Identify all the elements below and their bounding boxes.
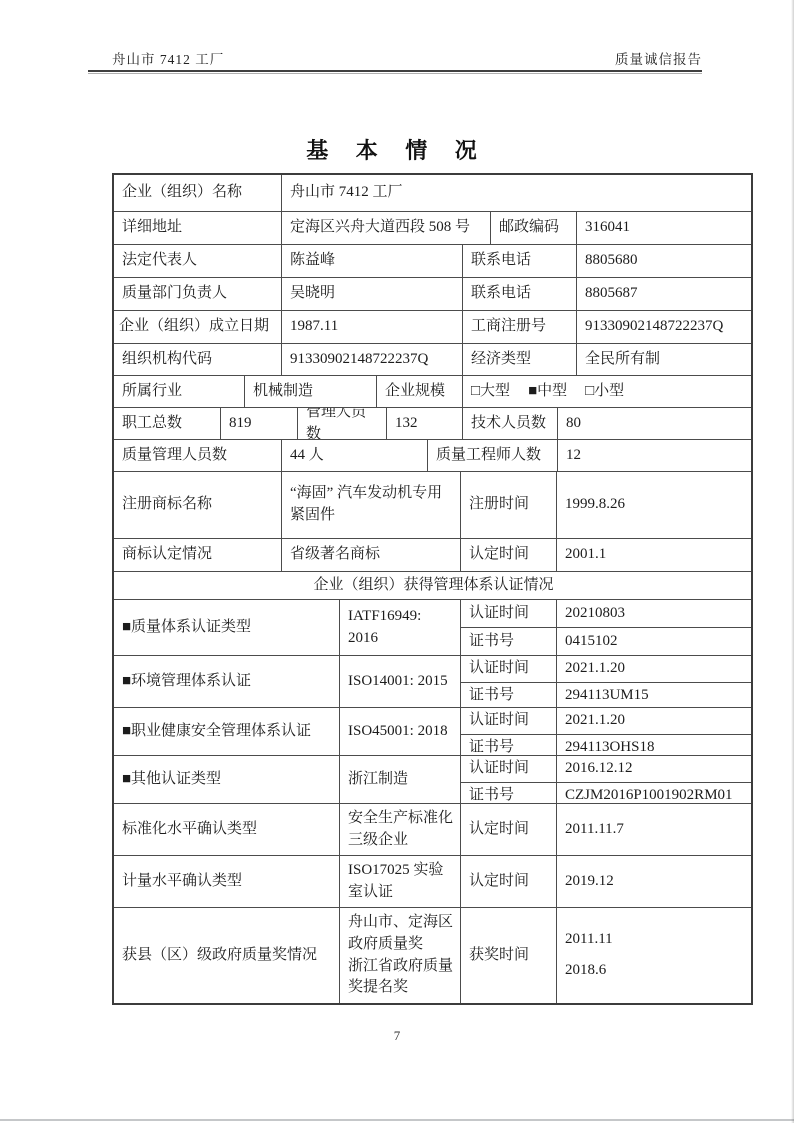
industry-value: 机械制造 xyxy=(244,376,376,407)
scale-option-medium-checkbox: ■中型 xyxy=(528,381,567,403)
standardization-label: 标准化水平确认类型 xyxy=(114,804,339,855)
confirm-time-value: 2011.11.7 xyxy=(556,804,751,855)
phone-label: 联系电话 xyxy=(462,245,576,277)
trademark-time-label: 注册时间 xyxy=(460,472,556,538)
table-row: 获县（区）级政府质量奖情况 舟山市、定海区政府质量奖 浙江省政府质量奖提名奖 获… xyxy=(114,907,751,1003)
table-row: 计量水平确认类型 ISO17025 实验室认证 认定时间 2019.12 xyxy=(114,855,751,907)
award-time-label: 获奖时间 xyxy=(460,908,556,1003)
table-row: ■环境管理体系认证 ISO14001: 2015 认证时间 2021.1.20 … xyxy=(114,655,751,707)
enterprise-name-value: 舟山市 7412 工厂 xyxy=(281,175,751,211)
cert-number-label: 证书号 xyxy=(460,628,556,655)
cert-time-value: 2021.1.20 xyxy=(556,708,751,734)
org-code-value: 91330902148722237Q xyxy=(281,344,462,375)
confirm-time-label: 认定时间 xyxy=(460,804,556,855)
other-cert-label: ■其他认证类型 xyxy=(114,756,339,803)
industry-label: 所属行业 xyxy=(114,376,244,407)
trademark-time-value: 1999.8.26 xyxy=(556,472,751,538)
quality-engineers-value: 12 xyxy=(557,440,751,471)
table-row: ■质量体系认证类型 IATF16949: 2016 认证时间 20210803 … xyxy=(114,599,751,655)
other-cert-value: 浙江制造 xyxy=(339,756,460,803)
registration-no-value: 91330902148722237Q xyxy=(576,311,751,343)
table-row: 职工总数 819 管理人员数 132 技术人员数 80 xyxy=(114,407,751,439)
gov-award-line2: 浙江省政府质量奖提名奖 xyxy=(348,956,454,1000)
founding-date-value: 1987.11 xyxy=(281,311,462,343)
postcode-label: 邮政编码 xyxy=(490,212,576,244)
header-rule xyxy=(88,70,702,74)
address-label: 详细地址 xyxy=(114,212,281,244)
managers-value: 132 xyxy=(386,408,462,439)
header-report-title: 质量诚信报告 xyxy=(615,48,702,68)
scan-edge-bottom xyxy=(0,1119,794,1121)
table-row: 组织机构代码 91330902148722237Q 经济类型 全民所有制 xyxy=(114,343,751,375)
table-row: 所属行业 机械制造 企业规模 □大型 ■中型 □小型 xyxy=(114,375,751,407)
table-row: 企业（组织）名称 舟山市 7412 工厂 xyxy=(114,175,751,211)
standardization-value: 安全生产标准化三级企业 xyxy=(339,804,460,855)
trademark-status-label: 商标认定情况 xyxy=(114,539,281,571)
ohs-cert-label: ■职业健康安全管理体系认证 xyxy=(114,708,339,755)
staff-total-value: 819 xyxy=(220,408,297,439)
env-cert-label: ■环境管理体系认证 xyxy=(114,656,339,707)
registration-no-label: 工商注册号 xyxy=(462,311,576,343)
quality-cert-value: IATF16949: 2016 xyxy=(339,600,460,655)
report-page: 舟山市 7412 工厂 质量诚信报告 基 本 情 况 企业（组织）名称 舟山市 … xyxy=(0,0,794,1123)
quality-head-label: 质量部门负责人 xyxy=(114,278,281,310)
metrology-label: 计量水平确认类型 xyxy=(114,856,339,907)
org-code-label: 组织机构代码 xyxy=(114,344,281,375)
trademark-value: “海固” 汽车发动机专用紧固件 xyxy=(281,472,460,538)
table-row: 质量管理人员数 44 人 质量工程师人数 12 xyxy=(114,439,751,471)
table-row: 商标认定情况 省级著名商标 认定时间 2001.1 xyxy=(114,538,751,571)
env-cert-details: 认证时间 2021.1.20 证书号 294113UM15 xyxy=(460,656,751,707)
ohs-cert-value: ISO45001: 2018 xyxy=(339,708,460,755)
scale-option-small-checkbox: □小型 xyxy=(585,381,624,403)
scale-label: 企业规模 xyxy=(376,376,462,407)
cert-time-label: 认证时间 xyxy=(460,656,556,682)
award-time-1: 2011.11 xyxy=(565,929,613,951)
metrology-value: ISO17025 实验室认证 xyxy=(339,856,460,907)
cert-time-label: 认证时间 xyxy=(460,708,556,734)
gov-award-label: 获县（区）级政府质量奖情况 xyxy=(114,908,339,1003)
award-time-2: 2018.6 xyxy=(565,960,606,982)
phone-value: 8805687 xyxy=(576,278,751,310)
confirm-time-value: 2019.12 xyxy=(556,856,751,907)
enterprise-name-label: 企业（组织）名称 xyxy=(114,175,281,211)
trademark-status-time-label: 认定时间 xyxy=(460,539,556,571)
table-row: ■职业健康安全管理体系认证 ISO45001: 2018 认证时间 2021.1… xyxy=(114,707,751,755)
staff-total-label: 职工总数 xyxy=(114,408,220,439)
gov-award-value: 舟山市、定海区政府质量奖 浙江省政府质量奖提名奖 xyxy=(339,908,460,1003)
quality-staff-value: 44 人 xyxy=(281,440,427,471)
economy-type-value: 全民所有制 xyxy=(576,344,751,375)
technicians-value: 80 xyxy=(557,408,751,439)
table-row: ■其他认证类型 浙江制造 认证时间 2016.12.12 证书号 CZJM201… xyxy=(114,755,751,803)
ohs-cert-details: 认证时间 2021.1.20 证书号 294113OHS18 xyxy=(460,708,751,755)
quality-staff-label: 质量管理人员数 xyxy=(114,440,281,471)
quality-cert-details: 认证时间 20210803 证书号 0415102 xyxy=(460,600,751,655)
trademark-status-value: 省级著名商标 xyxy=(281,539,460,571)
confirm-time-label: 认定时间 xyxy=(460,856,556,907)
quality-head-value: 吴晓明 xyxy=(281,278,462,310)
cert-time-value: 2021.1.20 xyxy=(556,656,751,682)
postcode-value: 316041 xyxy=(576,212,751,244)
legal-rep-value: 陈益峰 xyxy=(281,245,462,277)
cert-time-value: 2016.12.12 xyxy=(556,756,751,782)
trademark-label: 注册商标名称 xyxy=(114,472,281,538)
cert-time-label: 认证时间 xyxy=(460,756,556,782)
phone-value: 8805680 xyxy=(576,245,751,277)
table-row: 企业（组织）获得管理体系认证情况 xyxy=(114,571,751,599)
managers-label: 管理人员数 xyxy=(297,408,386,439)
trademark-status-time-value: 2001.1 xyxy=(556,539,751,571)
founding-date-label: 企业（组织）成立日期 xyxy=(114,311,281,343)
header-company-name: 舟山市 7412 工厂 xyxy=(112,48,224,68)
technicians-label: 技术人员数 xyxy=(462,408,557,439)
cert-number-label: 证书号 xyxy=(460,683,556,709)
cert-time-label: 认证时间 xyxy=(460,600,556,627)
quality-cert-label: ■质量体系认证类型 xyxy=(114,600,339,655)
table-row: 质量部门负责人 吴晓明 联系电话 8805687 xyxy=(114,277,751,310)
page-title: 基 本 情 况 xyxy=(0,134,794,165)
scale-options: □大型 ■中型 □小型 xyxy=(462,376,751,407)
table-row: 注册商标名称 “海固” 汽车发动机专用紧固件 注册时间 1999.8.26 xyxy=(114,471,751,538)
award-time-value: 2011.11 2018.6 xyxy=(556,908,751,1003)
gov-award-line1: 舟山市、定海区政府质量奖 xyxy=(348,912,454,956)
cert-number-value: 0415102 xyxy=(556,628,751,655)
scale-option-large-checkbox: □大型 xyxy=(471,381,510,403)
basic-info-table: 企业（组织）名称 舟山市 7412 工厂 详细地址 定海区兴舟大道西段 508 … xyxy=(112,173,753,1005)
other-cert-details: 认证时间 2016.12.12 证书号 CZJM2016P1001902RM01 xyxy=(460,756,751,803)
economy-type-label: 经济类型 xyxy=(462,344,576,375)
table-row: 企业（组织）成立日期 1987.11 工商注册号 913309021487222… xyxy=(114,310,751,343)
page-number: 7 xyxy=(0,1028,794,1044)
certification-section-title: 企业（组织）获得管理体系认证情况 xyxy=(114,572,751,599)
table-row: 法定代表人 陈益峰 联系电话 8805680 xyxy=(114,244,751,277)
table-row: 标准化水平确认类型 安全生产标准化三级企业 认定时间 2011.11.7 xyxy=(114,803,751,855)
page-header: 舟山市 7412 工厂 质量诚信报告 xyxy=(112,46,702,68)
quality-engineers-label: 质量工程师人数 xyxy=(427,440,557,471)
cert-number-value: 294113UM15 xyxy=(556,683,751,709)
address-value: 定海区兴舟大道西段 508 号 xyxy=(281,212,490,244)
cert-time-value: 20210803 xyxy=(556,600,751,627)
table-row: 详细地址 定海区兴舟大道西段 508 号 邮政编码 316041 xyxy=(114,211,751,244)
legal-rep-label: 法定代表人 xyxy=(114,245,281,277)
phone-label: 联系电话 xyxy=(462,278,576,310)
env-cert-value: ISO14001: 2015 xyxy=(339,656,460,707)
